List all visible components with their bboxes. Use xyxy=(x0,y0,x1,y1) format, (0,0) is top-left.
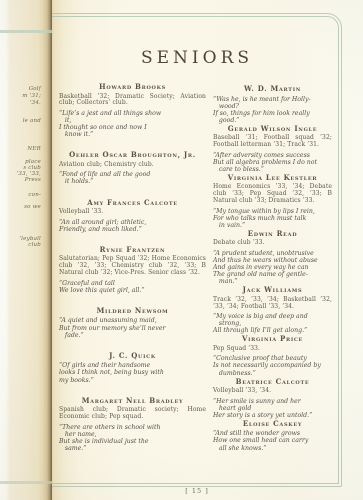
senior-quote-line: wood? xyxy=(213,103,332,110)
senior-quote-line: All through life I’ll get along.” xyxy=(213,327,332,334)
senior-quote-line: The grand old name of gentle- xyxy=(213,271,332,278)
senior-quote: “Fond of life and all the good it holds.… xyxy=(59,171,206,185)
page-number: [ 15 ] xyxy=(52,487,342,495)
senior-quote-line: We love this quiet girl, all.” xyxy=(59,287,206,294)
senior-entry: Gerald Wilson IngleBaseball ’31; Footbal… xyxy=(213,124,332,173)
page-edge-fragment: NER xyxy=(27,146,41,152)
senior-quote-line: my books.” xyxy=(59,377,206,384)
senior-quote-line: “An all around girl; athletic, xyxy=(59,219,206,226)
senior-activities: Baseball ’31; Football squad ’32; Footba… xyxy=(213,135,332,149)
senior-quote-line: it, xyxy=(59,117,206,124)
senior-quote-line: If so, things for him look really xyxy=(213,110,332,117)
senior-name: Amy Frances Calcote xyxy=(59,198,206,207)
senior-entry: J. C. Quick“Of girls and their handsomel… xyxy=(59,351,206,384)
senior-quote: “Of girls and their handsomelooks I thin… xyxy=(59,362,206,383)
senior-quote: “And still the wonder growsHow one small… xyxy=(213,430,332,451)
senior-quote: “Her smile is sunny and her heart goldHe… xyxy=(213,398,332,419)
senior-quote-line: Is not necessarily accompanied by xyxy=(213,362,332,369)
page-edge-fragment: Press xyxy=(25,177,41,183)
senior-quote: “Graceful and tallWe love this quiet gir… xyxy=(59,280,206,294)
senior-activities: Salutatorian; Pep Squad ’32; Home Econom… xyxy=(59,256,206,277)
senior-activities: Home Economics ’33, ’34; Debate club ’33… xyxy=(213,184,332,205)
senior-quote-line: “Her smile is sunny and her xyxy=(213,398,332,405)
senior-quote-line: dumbness.” xyxy=(213,370,332,377)
senior-activities: Volleyball ’33, ’34. xyxy=(213,388,332,395)
senior-quote-line: “Of girls and their handsome xyxy=(59,362,206,369)
senior-quote-line: “A prudent student, unobtrusive xyxy=(213,250,332,257)
senior-quote-line: strong, xyxy=(213,320,332,327)
senior-name: Rynie Frantzen xyxy=(59,245,206,254)
senior-entry: Rynie FrantzenSalutatorian; Pep Squad ’3… xyxy=(59,245,206,294)
senior-entry: Howard BrooksBasketball ’32; Dramatic So… xyxy=(59,82,206,138)
seniors-column-left: Howard BrooksBasketball ’32; Dramatic So… xyxy=(59,82,206,452)
senior-entry: W. D. Martin“Was he, is he meant for Hol… xyxy=(213,84,332,124)
page-edge-fragment: le and xyxy=(23,118,41,124)
senior-entry: Virginia PricePep Squad ’33.“Conclusive … xyxy=(213,334,332,376)
senior-quote-line: same.” xyxy=(59,445,206,452)
senior-quote-line: “My voice is big and deep and xyxy=(213,313,332,320)
senior-quote-line: But she is individual just the xyxy=(59,438,206,445)
senior-name: Virginia Price xyxy=(213,334,332,343)
senior-entry: Eloise Caskey“And still the wonder grows… xyxy=(213,419,332,452)
senior-quote-line: “Life’s a jest and all things show xyxy=(59,110,206,117)
senior-entry: Amy Frances CalcoteVolleyball ’33.“An al… xyxy=(59,198,206,233)
senior-quote-line: in vain.” xyxy=(213,222,332,229)
senior-quote-line: How one small head can carry xyxy=(213,437,332,444)
senior-name: Mildred Newsom xyxy=(59,306,206,315)
senior-quote: “My tongue within by lips I rein,For who… xyxy=(213,208,332,229)
senior-quote-line: “There are others in school with xyxy=(59,424,206,431)
previous-page-border-top xyxy=(0,30,52,33)
senior-entry: Virginia Lee KestlerHome Economics ’33, … xyxy=(213,173,332,229)
senior-quote: “A prudent student, unobtrusiveAnd thus … xyxy=(213,250,332,285)
senior-name: Margaret Nell Bradley xyxy=(59,396,206,405)
senior-entry: Beatrice CalcoteVolleyball ’33, ’34.“Her… xyxy=(213,377,332,419)
senior-columns: Howard BrooksBasketball ’32; Dramatic So… xyxy=(0,0,363,500)
senior-quote: “Life’s a jest and all things show it,I … xyxy=(59,110,206,138)
senior-quote: “A quiet and unassuming maid,But from ou… xyxy=(59,317,206,338)
previous-page-edge: Golfm ’31;’34.le andNERplaces club’33, ’… xyxy=(0,0,52,500)
page-edge-fragment: ’34. xyxy=(30,100,41,106)
senior-quote-line: And thus he wears without abuse xyxy=(213,257,332,264)
senior-name: J. C. Quick xyxy=(59,351,206,360)
senior-name: Virginia Lee Kestler xyxy=(213,173,332,182)
senior-name: Beatrice Calcote xyxy=(213,377,332,386)
senior-activities: Volleyball ’33. xyxy=(59,209,206,216)
yearbook-scan: SENIORS Howard BrooksBasketball ’32; Dra… xyxy=(0,0,363,500)
previous-page-border-bottom xyxy=(0,481,52,484)
page-edge-fragment: club xyxy=(28,242,41,248)
senior-quote: “There are others in school with her nam… xyxy=(59,424,206,452)
senior-activities: Track ’32, ’33, ’34; Basketball ’32, ’33… xyxy=(213,297,332,311)
senior-quote-line: her name, xyxy=(59,431,206,438)
senior-quote-line: it holds.” xyxy=(59,178,206,185)
senior-name: Jack Williams xyxy=(213,285,332,294)
senior-quote-line: “A quiet and unassuming maid, xyxy=(59,317,206,324)
senior-name: Gerald Wilson Ingle xyxy=(213,124,332,133)
senior-quote-line: Friendly, and much liked.” xyxy=(59,226,206,233)
senior-quote-line: man.” xyxy=(213,278,332,285)
senior-activities: Debate club ’33. xyxy=(213,240,332,247)
senior-quote-line: I thought so once and now I xyxy=(59,124,206,131)
senior-quote-line: “Graceful and tall xyxy=(59,280,206,287)
senior-quote-line: “Fond of life and all the good xyxy=(59,171,206,178)
senior-quote-line: For who talks much must talk xyxy=(213,215,332,222)
senior-quote-line: But from our memory she’ll never xyxy=(59,325,206,332)
senior-quote: “Was he, is he meant for Holly- wood?If … xyxy=(213,96,332,124)
page-edge-fragment: so we xyxy=(24,204,41,210)
senior-quote-line: But all algebra problems I do not xyxy=(213,159,332,166)
senior-quote-line: “My tongue within by lips I rein, xyxy=(213,208,332,215)
page-edge-fragment: Golf xyxy=(29,86,41,92)
senior-entry: Mildred Newsom“A quiet and unassuming ma… xyxy=(59,306,206,339)
senior-quote-line: good.” xyxy=(213,117,332,124)
page-edge-fragment: m ’31; xyxy=(22,93,41,99)
senior-name: Howard Brooks xyxy=(59,82,206,91)
senior-quote-line: And gains in every way he can xyxy=(213,264,332,271)
senior-activities: Basketball ’32; Dramatic Society; Aviati… xyxy=(59,94,206,108)
senior-quote: “After adversity comes successBut all al… xyxy=(213,152,332,173)
senior-activities: Aviation club; Chemistry club. xyxy=(59,162,206,169)
senior-quote-line: fade.” xyxy=(59,332,206,339)
senior-quote: “Conclusive proof that beautyIs not nece… xyxy=(213,355,332,376)
senior-quote: “An all around girl; athletic,Friendly, … xyxy=(59,219,206,233)
senior-name: W. D. Martin xyxy=(213,84,332,93)
senior-activities: Pep Squad ’33. xyxy=(213,346,332,353)
senior-quote-line: looks I think not, being busy with xyxy=(59,369,206,376)
senior-entry: Jack WilliamsTrack ’32, ’33, ’34; Basket… xyxy=(213,285,332,334)
senior-quote-line: Her story is a story yet untold.” xyxy=(213,412,332,419)
senior-quote-line: “Was he, is he meant for Holly- xyxy=(213,96,332,103)
senior-name: Eloise Caskey xyxy=(213,419,332,428)
senior-quote-line: all she knows.” xyxy=(213,445,332,452)
senior-quote-line: “After adversity comes success xyxy=(213,152,332,159)
senior-name: Oehler Oscar Broughton, Jr. xyxy=(59,150,206,159)
senior-quote-line: know it.” xyxy=(59,131,206,138)
senior-entry: Margaret Nell BradleySpanish club; Drama… xyxy=(59,396,206,452)
senior-entry: Edwin ReadDebate club ’33.“A prudent stu… xyxy=(213,229,332,285)
page-edge-fragment: con- xyxy=(28,192,41,198)
senior-quote-line: care to bless.” xyxy=(213,166,332,173)
senior-quote: “My voice is big and deep and strong,All… xyxy=(213,313,332,334)
senior-entry: Oehler Oscar Broughton, Jr.Aviation club… xyxy=(59,150,206,185)
senior-quote-line: “Conclusive proof that beauty xyxy=(213,355,332,362)
senior-name: Edwin Read xyxy=(213,229,332,238)
senior-quote-line: “And still the wonder grows xyxy=(213,430,332,437)
seniors-column-right: W. D. Martin“Was he, is he meant for Hol… xyxy=(213,84,332,448)
senior-quote-line: heart gold xyxy=(213,405,332,412)
senior-activities: Spanish club; Dramatic society; Home Eco… xyxy=(59,407,206,421)
